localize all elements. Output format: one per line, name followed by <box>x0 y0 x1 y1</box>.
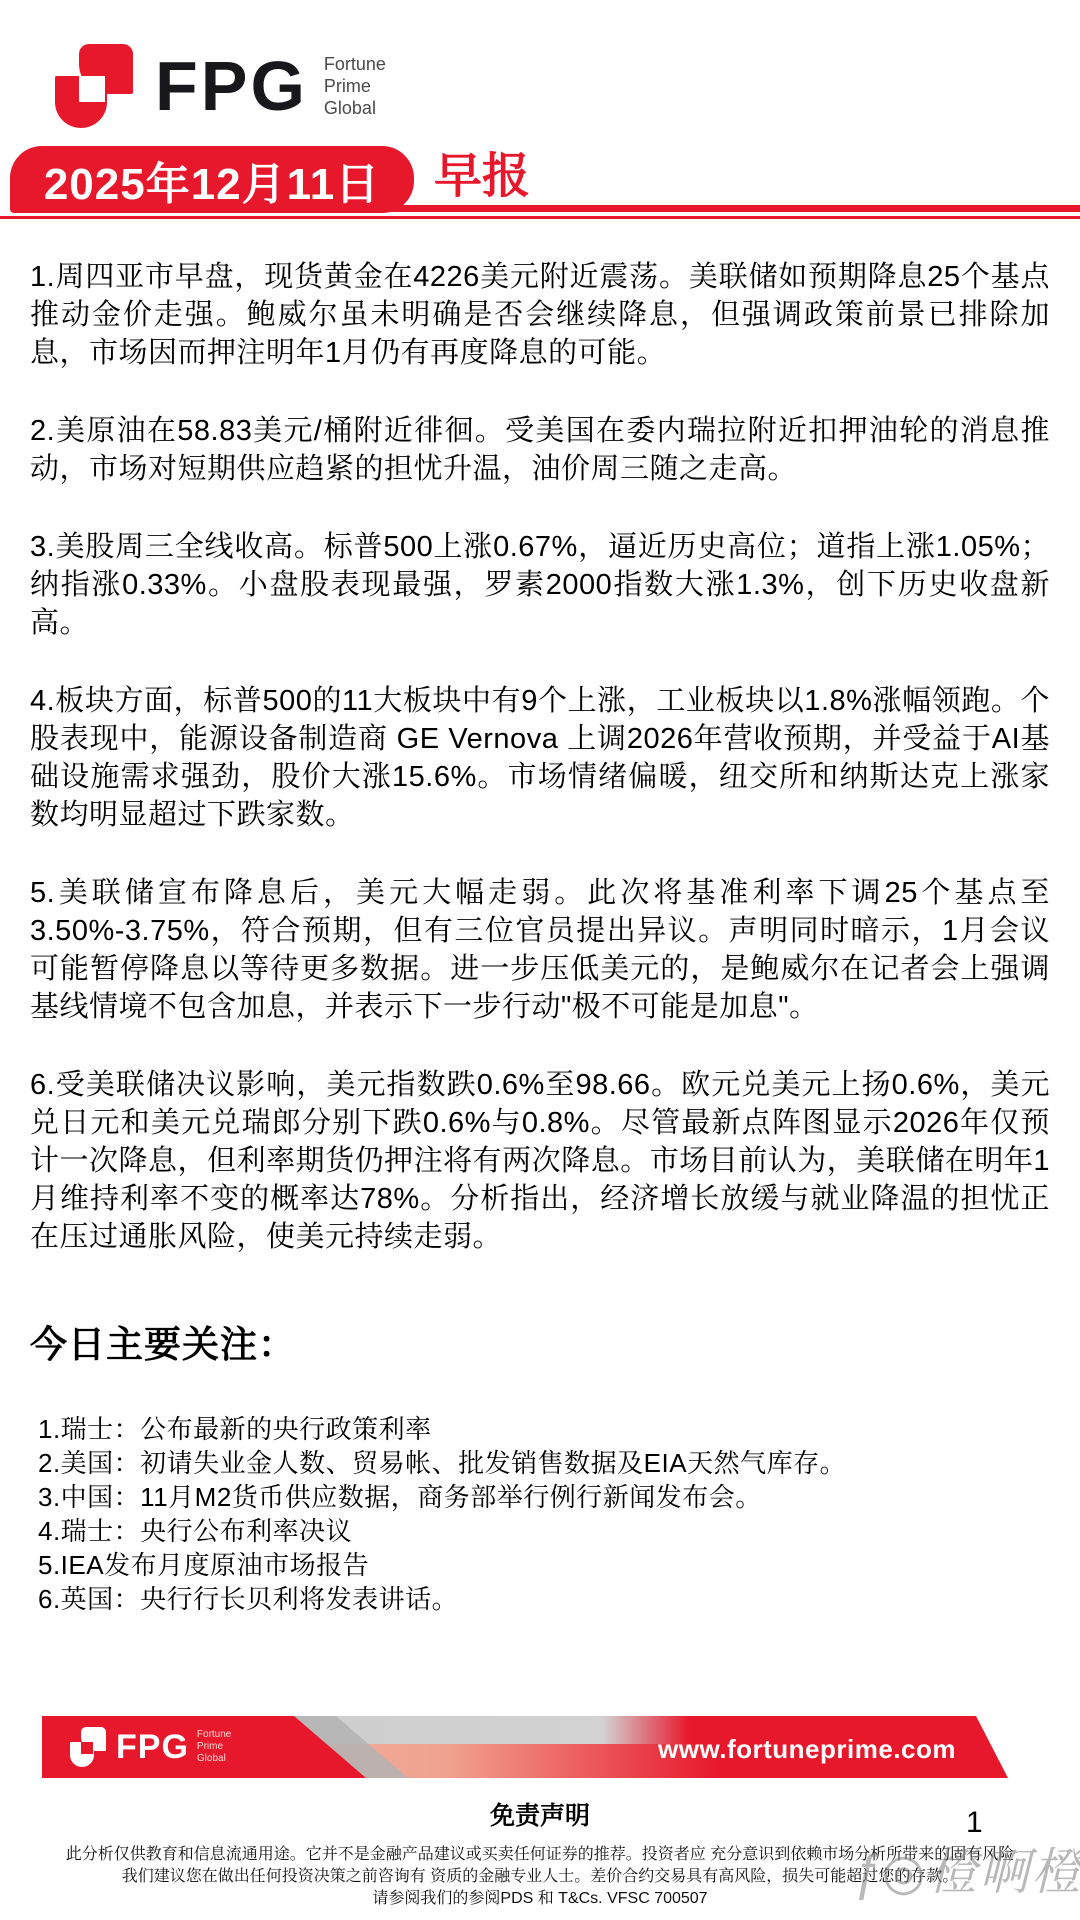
footer-brand-tagline: Fortune Prime Global <box>197 1729 231 1765</box>
brand-tagline-line: Prime <box>324 75 386 97</box>
brand-tagline: Fortune Prime Global <box>324 53 386 119</box>
header-brand: FPG Fortune Prime Global <box>55 44 386 128</box>
logo-notch <box>81 1742 93 1754</box>
brand-name: FPG <box>155 51 308 121</box>
brand-tagline-line: Global <box>324 97 386 119</box>
report-body: 1.周四亚市早盘，现货黄金在4226美元附近震荡。美联储如预期降息25个基点推动… <box>30 258 1050 1616</box>
report-type-label: 早报 <box>434 148 530 206</box>
header-divider-thick <box>196 205 1080 212</box>
disclaimer-title: 免责声明 <box>0 1796 1080 1832</box>
focus-item-3: 3.中国：11月M2货币供应数据，商务部举行例行新闻发布会。 <box>38 1480 1050 1514</box>
brand-tagline-line: Fortune <box>197 1729 231 1741</box>
report-date: 2025年12月11日 <box>44 148 380 212</box>
footer-banner: FPG Fortune Prime Global www.fortuneprim… <box>42 1716 1008 1778</box>
brand-tagline-line: Fortune <box>324 53 386 75</box>
news-paragraph-1: 1.周四亚市早盘，现货黄金在4226美元附近震荡。美联储如预期降息25个基点推动… <box>30 258 1050 372</box>
news-paragraph-6: 6.受美联储决议影响，美元指数跌0.6%至98.66。欧元兑美元上扬0.6%，美… <box>30 1066 1050 1256</box>
news-paragraph-4: 4.板块方面，标普500的11大板块中有9个上涨，工业板块以1.8%涨幅领跑。个… <box>30 682 1050 834</box>
fpg-logo-icon-white <box>70 1727 106 1767</box>
focus-item-4: 4.瑞士：央行公布利率决议 <box>38 1514 1050 1548</box>
logo-notch <box>79 76 105 102</box>
brand-tagline-line: Global <box>197 1753 231 1765</box>
focus-list: 1.瑞士：公布最新的央行政策利率 2.美国：初请失业金人数、贸易帐、批发销售数据… <box>30 1412 1050 1616</box>
fpg-logo-icon <box>55 44 133 128</box>
date-banner: 2025年12月11日 <box>10 146 414 213</box>
focus-item-6: 6.英国：央行行长贝利将发表讲话。 <box>38 1582 1050 1616</box>
focus-item-5: 5.IEA发布月度原油市场报告 <box>38 1548 1050 1582</box>
news-paragraph-5: 5.美联储宣布降息后，美元大幅走弱。此次将基准利率下调25个基点至3.50%-3… <box>30 874 1050 1026</box>
watermark: ƒ◎橙啊橙 <box>852 1832 1080 1904</box>
news-paragraph-2: 2.美原油在58.83美元/桶附近徘徊。受美国在委内瑞拉附近扣押油轮的消息推动，… <box>30 412 1050 488</box>
morning-report-page: FPG Fortune Prime Global 2025年12月11日 早报 … <box>0 0 1080 1920</box>
focus-item-1: 1.瑞士：公布最新的央行政策利率 <box>38 1412 1050 1446</box>
brand-tagline-line: Prime <box>197 1741 231 1753</box>
focus-heading: 今日主要关注： <box>30 1314 1050 1368</box>
header-divider-thin <box>0 216 1080 219</box>
footer-brand: FPG Fortune Prime Global <box>70 1727 231 1767</box>
footer-brand-name: FPG <box>116 1730 189 1764</box>
focus-item-2: 2.美国：初请失业金人数、贸易帐、批发销售数据及EIA天然气库存。 <box>38 1446 1050 1480</box>
news-paragraph-3: 3.美股周三全线收高。标普500上涨0.67%，逼近历史高位；道指上涨1.05%… <box>30 528 1050 642</box>
website-link[interactable]: www.fortuneprime.com <box>658 1734 956 1765</box>
